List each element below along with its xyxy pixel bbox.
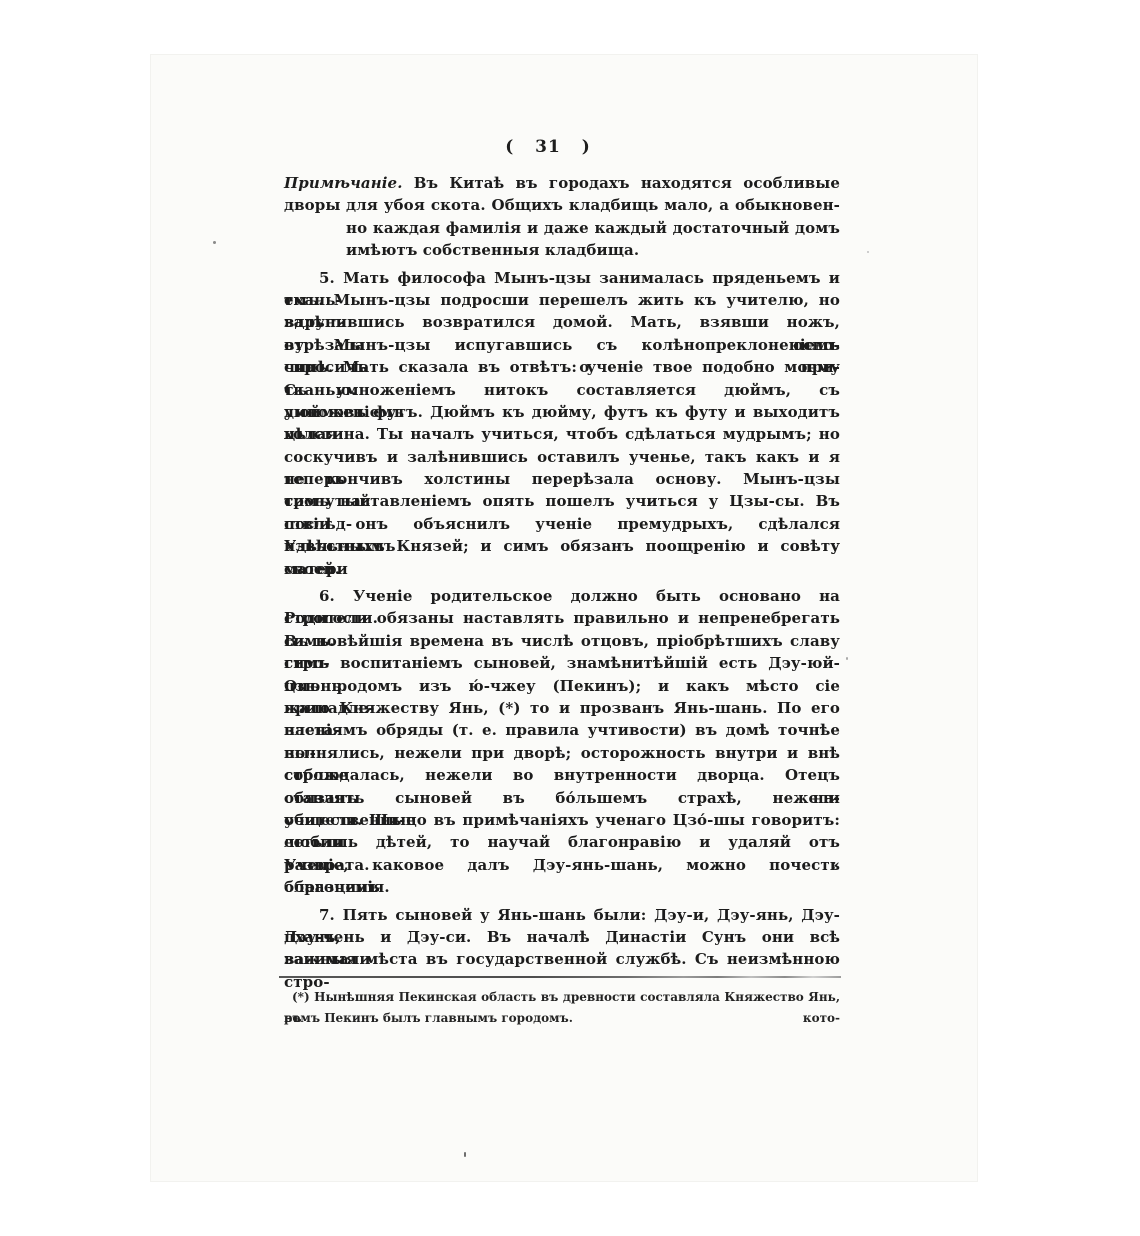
text-line: соскучивъ и залѣнившись оставилъ ученье,… bbox=[284, 446, 840, 468]
text-line: Примѣчаніе. Въ Китаѣ въ городахъ находят… bbox=[284, 172, 840, 194]
text-line: вленіямъ обряды (т. е. правила учтивости… bbox=[284, 719, 840, 741]
text-line: ву. Мынъ-цзы испугавшись съ колѣнопрекло… bbox=[284, 334, 840, 356]
text-line: для убоя скота. Общихъ кладбищь мало, а … bbox=[346, 194, 840, 216]
text-line: имѣютъ собственныя кладбища. bbox=[346, 239, 840, 261]
text-line: Дэу-чень и Дэу-си. Въ началѣ Династіи Су… bbox=[284, 926, 840, 948]
scanned-page: ( 31 ) Примѣчаніе. Въ Китаѣ въ городахъ … bbox=[150, 54, 978, 1182]
scan-artifact-speck bbox=[846, 657, 848, 660]
text-line: симъ наставленіемъ опять пошелъ учиться … bbox=[284, 490, 840, 512]
text-line: ствіи онъ объяснилъ ученіе премудрыхъ, с… bbox=[284, 513, 840, 535]
paragraph-5: 5. Мать философа Мынъ-цзы занималась пря… bbox=[284, 267, 840, 580]
text-line: 7. Пять сыновей у Янь-шань были: Дэу-и, … bbox=[284, 904, 840, 926]
paragraph-6: 6. Ученіе родительское должно быть основ… bbox=[284, 585, 840, 898]
text-line: Съ умноженіемъ нитокъ составляется дюймъ… bbox=[284, 379, 840, 401]
text-line: залѣнившись возвратился домой. Мать, взя… bbox=[284, 311, 840, 333]
text-line: своей. bbox=[284, 558, 840, 580]
text-line: Удѣльныхъ Князей; и симъ обязанъ поощрен… bbox=[284, 535, 840, 557]
text-line: (*) Нынѣшняя Пекинская область въ древно… bbox=[284, 987, 840, 1008]
text-line: гимъ воспитаніемъ сыновей, знамѣнитѣйшій… bbox=[284, 652, 840, 674]
text-line: Онъ родомъ изъ ю́-чжеу (Пекинъ); и какъ … bbox=[284, 675, 840, 697]
text-line: 5. Мать философа Мынъ-цзы занималась пря… bbox=[284, 267, 840, 289]
text-line: дюймовъ футъ. Дюймъ къ дюйму, футъ къ фу… bbox=[284, 401, 840, 423]
text-line: холстина. Ты началъ учиться, чтобъ сдѣла… bbox=[284, 423, 840, 445]
paragraph-7: 7. Пять сыновей у Янь-шань были: Дэу-и, … bbox=[284, 904, 840, 971]
note-lead-label: Примѣчаніе. bbox=[284, 174, 403, 192]
text-line: учители. Ши-цо въ примѣчаніяхъ ученаго Ц… bbox=[284, 809, 840, 831]
text-line: емъ. Мынъ-цзы подросши перешелъ жить къ … bbox=[284, 289, 840, 311]
scan-artifact-speck bbox=[213, 241, 216, 244]
text-line: но каждая фамилія и даже каждый достаточ… bbox=[346, 217, 840, 239]
scan-artifact-speck bbox=[464, 1152, 466, 1157]
text-line: благочинія. bbox=[284, 876, 840, 898]
paragraph-note: Примѣчаніе. Въ Китаѣ въ городахъ находят… bbox=[284, 172, 840, 262]
text-line: жало Княжеству Янь, (*) то и прозванъ Ян… bbox=[284, 697, 840, 719]
text-line: любишь дѣтей, то научай благонравію и уд… bbox=[284, 831, 840, 853]
text-line: Въ новѣйшія времена въ числѣ отцовъ, прі… bbox=[284, 630, 840, 652]
scan-artifact-speck bbox=[867, 251, 869, 253]
text-line: соблюдалась, нежели во внутренности двор… bbox=[284, 764, 840, 786]
page-number: ( 31 ) bbox=[270, 137, 826, 157]
text-line: чинѣ. Мать сказала въ отвѣтъ: ученіе тво… bbox=[284, 356, 840, 378]
text-line: полнялись, нежели при дворѣ; осторожност… bbox=[284, 742, 840, 764]
text-line: 6. Ученіе родительское должно быть основ… bbox=[284, 585, 840, 607]
text-line: Ученіе, каковое далъ Дэу-янь-шань, можно… bbox=[284, 854, 840, 876]
footnote-rule bbox=[279, 976, 841, 978]
text-line: важныя мѣста въ государственной службѣ. … bbox=[284, 948, 840, 970]
text-line: Родители обязаны наставлять правильно и … bbox=[284, 607, 840, 629]
text-block: Примѣчаніе. Въ Китаѣ въ городахъ находят… bbox=[284, 172, 840, 971]
text-line: ставлять сыновей въ бо́льшемъ страхѣ, не… bbox=[284, 787, 840, 809]
footnote: (*) Нынѣшняя Пекинская область въ древно… bbox=[284, 987, 840, 1029]
text-line: не кончивъ холстины перерѣзала основу. М… bbox=[284, 468, 840, 490]
